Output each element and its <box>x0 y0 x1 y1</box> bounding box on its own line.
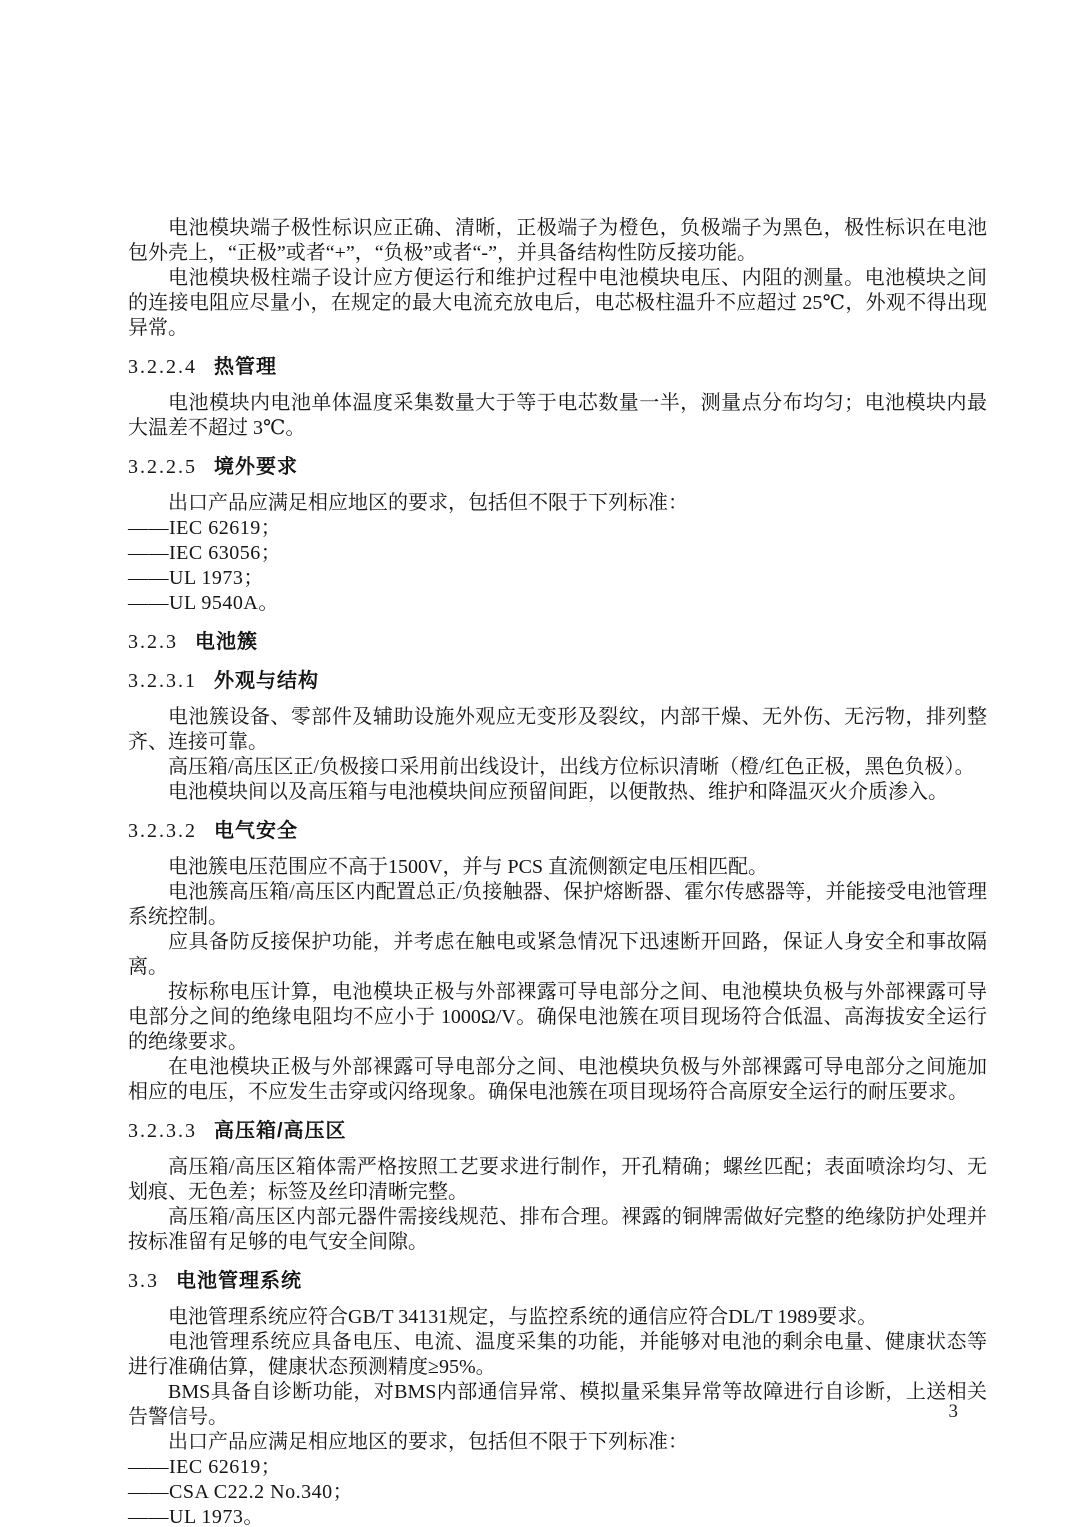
section-number: 3.2.3.2 <box>128 820 197 842</box>
standard-list-item: ——UL 1973； <box>128 566 987 591</box>
section-heading: 3.2.3.2电气安全 <box>128 818 987 844</box>
paragraph: 电池管理系统应具备电压、电流、温度采集的功能，并能够对电池的剩余电量、健康状态等… <box>128 1330 987 1380</box>
section-heading: 3.2.3电池簇 <box>128 629 987 655</box>
section-title: 外观与结构 <box>214 670 319 692</box>
section-title: 热管理 <box>214 356 277 378</box>
section-number: 3.2.3.1 <box>128 670 197 692</box>
section-title: 境外要求 <box>214 456 298 478</box>
paragraph: 电池管理系统应符合GB/T 34131规定，与监控系统的通信应符合DL/T 19… <box>128 1305 987 1330</box>
paragraph: 高压箱/高压区正/负极接口采用前出线设计，出线方位标识清晰（橙/红色正极，黑色负… <box>128 755 987 780</box>
standard-list-item: ——IEC 62619； <box>128 1455 987 1480</box>
paragraph: 按标称电压计算，电池模块正极与外部裸露可导电部分之间、电池模块负极与外部裸露可导… <box>128 980 987 1055</box>
section-heading: 3.2.2.5境外要求 <box>128 454 987 480</box>
section-heading: 3.2.3.1外观与结构 <box>128 668 987 694</box>
section-number: 3.3 <box>128 1270 159 1292</box>
section-number: 3.2.2.5 <box>128 456 197 478</box>
paragraph: 电池模块内电池单体温度采集数量大于等于电芯数量一半，测量点分布均匀；电池模块内最… <box>128 391 987 441</box>
paragraph: 电池模块间以及高压箱与电池模块间应预留间距，以便散热、维护和降温灭火介质渗入。 <box>128 780 987 805</box>
section-heading: 3.3电池管理系统 <box>128 1268 987 1294</box>
standard-list-item: ——IEC 63056； <box>128 541 987 566</box>
paragraph: 出口产品应满足相应地区的要求，包括但不限于下列标准： <box>128 491 987 516</box>
page-number: 3 <box>949 1400 959 1424</box>
standard-list-item: ——CSA C22.2 No.340； <box>128 1480 987 1505</box>
section-number: 3.2.3 <box>128 631 178 653</box>
section-title: 高压箱/高压区 <box>214 1120 347 1142</box>
section-title: 电池簇 <box>195 631 258 653</box>
paragraph: 高压箱/高压区箱体需严格按照工艺要求进行制作，开孔精确；螺丝匹配；表面喷涂均匀、… <box>128 1155 987 1205</box>
paragraph: 在电池模块正极与外部裸露可导电部分之间、电池模块负极与外部裸露可导电部分之间施加… <box>128 1055 987 1105</box>
paragraph: 电池簇设备、零部件及辅助设施外观应无变形及裂纹，内部干燥、无外伤、无污物，排列整… <box>128 705 987 755</box>
paragraph: 电池簇电压范围应不高于1500V，并与 PCS 直流侧额定电压相匹配。 <box>128 855 987 880</box>
standard-list-item: ——UL 1973。 <box>128 1505 987 1527</box>
section-title: 电气安全 <box>214 820 298 842</box>
section-heading: 3.2.3.3高压箱/高压区 <box>128 1118 987 1144</box>
document-content: 电池模块端子极性标识应正确、清晰，正极端子为橙色，负极端子为黑色，极性标识在电池… <box>128 216 987 1527</box>
paragraph: 电池模块极柱端子设计应方便运行和维护过程中电池模块电压、内阻的测量。电池模块之间… <box>128 266 987 341</box>
paragraph: 高压箱/高压区内部元器件需接线规范、排布合理。裸露的铜牌需做好完整的绝缘防护处理… <box>128 1205 987 1255</box>
document-page: 电池模块端子极性标识应正确、清晰，正极端子为橙色，负极端子为黑色，极性标识在电池… <box>0 0 1080 1527</box>
paragraph: 电池模块端子极性标识应正确、清晰，正极端子为橙色，负极端子为黑色，极性标识在电池… <box>128 216 987 266</box>
section-number: 3.2.3.3 <box>128 1120 197 1142</box>
paragraph: BMS具备自诊断功能，对BMS内部通信异常、模拟量采集异常等故障进行自诊断，上送… <box>128 1380 987 1430</box>
section-title: 电池管理系统 <box>176 1270 302 1292</box>
standard-list-item: ——UL 9540A。 <box>128 591 987 616</box>
paragraph: 出口产品应满足相应地区的要求，包括但不限于下列标准： <box>128 1430 987 1455</box>
section-number: 3.2.2.4 <box>128 356 197 378</box>
section-heading: 3.2.2.4热管理 <box>128 354 987 380</box>
standard-list-item: ——IEC 62619； <box>128 516 987 541</box>
paragraph: 应具备防反接保护功能，并考虑在触电或紧急情况下迅速断开回路，保证人身安全和事故隔… <box>128 930 987 980</box>
paragraph: 电池簇高压箱/高压区内配置总正/负接触器、保护熔断器、霍尔传感器等，并能接受电池… <box>128 880 987 930</box>
